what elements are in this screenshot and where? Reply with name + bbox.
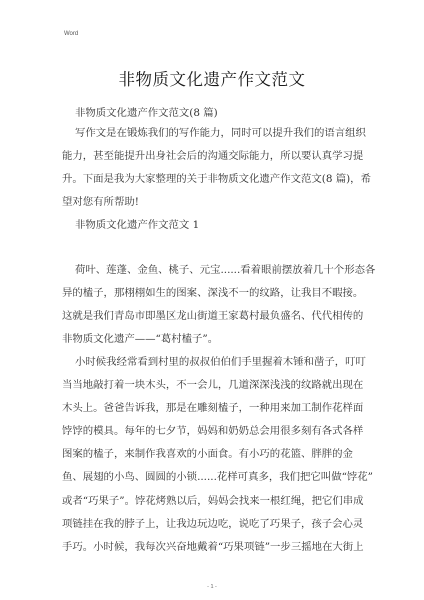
paragraph-line: 木头上。爸爸告诉我，那是在雕刻榼子，一种用来加工制作花样面 bbox=[62, 401, 362, 415]
paragraph-line: 小时候我经常看到村里的叔叔伯伯们手里握着木锤和凿子，叮叮 bbox=[75, 355, 375, 369]
paragraph-line: 手巧。小时候，我每次兴奋地戴着“巧果项链”一步三摇地在大街上 bbox=[62, 540, 362, 554]
page-number: - 1 - bbox=[0, 584, 424, 590]
paragraph-line: 异的榼子，那栩栩如生的图案、深浅不一的纹路，让我目不暇接。 bbox=[62, 286, 362, 300]
paragraph-line: 荷叶、莲蓬、金鱼、桃子、元宝......看着眼前摆放着几十个形态各 bbox=[75, 263, 375, 277]
header-label: Word bbox=[64, 31, 78, 37]
paragraph-line: 非物质文化遗产——“葛村榼子”。 bbox=[62, 332, 362, 346]
paragraph-line: 或者“巧果子”。饽花烤熟以后，妈妈会找来一根红绳，把它们串成 bbox=[62, 494, 362, 508]
paragraph-line: 这就是我们青岛市即墨区龙山街道王家葛村最负盛名、代代相传的 bbox=[62, 309, 362, 323]
paragraph-line: 图案的榼子，来制作我喜欢的小面食。有小巧的花篮、胖胖的金 bbox=[62, 447, 362, 461]
paragraph-line: 能力，甚至能提升出身社会后的沟通交际能力，所以要认真学习提 bbox=[62, 149, 362, 163]
paragraph-line: 写作文是在锻炼我们的写作能力，同时可以提升我们的语言组织 bbox=[75, 126, 375, 140]
paragraph-line: 当当地敲打着一块木头，不一会儿，几道深深浅浅的纹路就出现在 bbox=[62, 378, 362, 392]
subtitle-line: 非物质文化遗产作文范文(8 篇) bbox=[75, 106, 375, 120]
paragraph-line: 鱼、展翅的小鸟、圆圆的小锁......花样可真多，我们把它叫做“饽花” bbox=[62, 470, 362, 484]
paragraph-line: 望对您有所帮助! bbox=[62, 195, 362, 209]
document-title: 非物质文化遗产作文范文 bbox=[0, 66, 424, 90]
paragraph-line: 升。下面是我为大家整理的关于非物质文化遗产作文范文(8 篇)，希 bbox=[62, 172, 362, 186]
section-heading: 非物质文化遗产作文范文 1 bbox=[75, 218, 375, 232]
paragraph-line: 饽饽的模具。每年的七夕节，妈妈和奶奶总会用很多刻有各式各样 bbox=[62, 424, 362, 438]
paragraph-line: 项链挂在我的脖子上，让我边玩边吃，说吃了巧果子，孩子会心灵 bbox=[62, 517, 362, 531]
